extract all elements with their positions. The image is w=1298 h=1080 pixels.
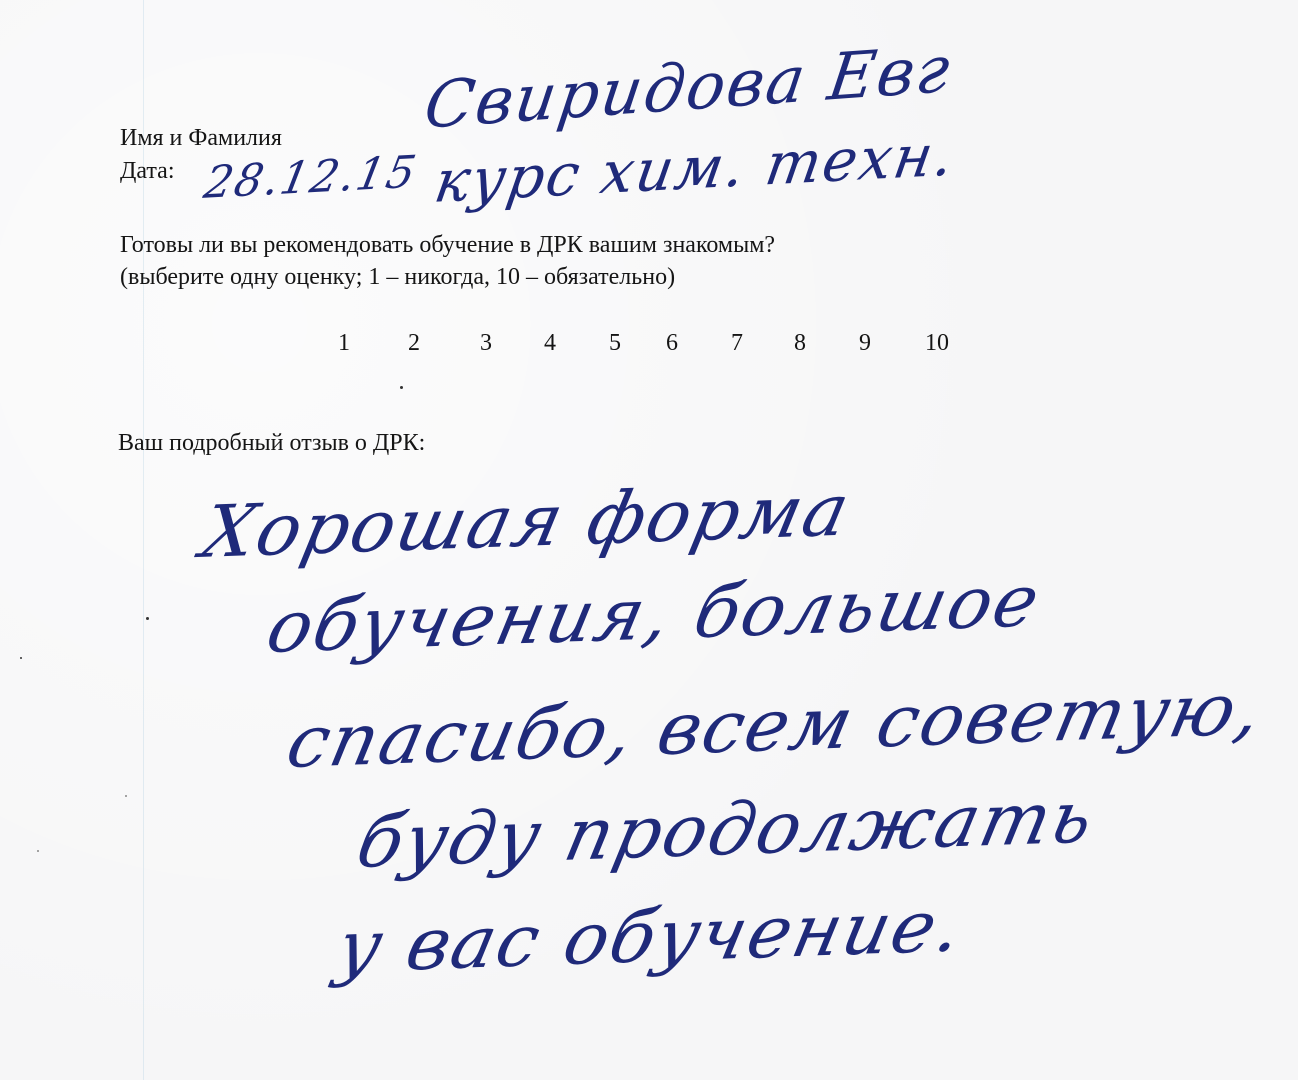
recommend-question: Готовы ли вы рекомендовать обучение в ДР… xyxy=(120,230,775,260)
date-label: Дата: xyxy=(120,156,175,186)
feedback-line: у вас обучение. xyxy=(330,883,971,989)
rating-option-8[interactable]: 8 xyxy=(794,328,806,358)
rating-option-2[interactable]: 2 xyxy=(408,328,420,358)
rating-option-9[interactable]: 9 xyxy=(859,328,871,358)
rating-option-10[interactable]: 10 xyxy=(925,328,949,358)
handwritten-date: 28.12.15 xyxy=(200,146,422,209)
rating-option-4[interactable]: 4 xyxy=(544,328,556,358)
feedback-line: буду продолжать xyxy=(350,775,1103,884)
scan-speck xyxy=(125,795,127,797)
feedback-line: обучения, большое xyxy=(260,558,1048,669)
scan-speck xyxy=(400,386,403,389)
rating-scale: 12345678910 xyxy=(0,328,1298,362)
rating-option-5[interactable]: 5 xyxy=(609,328,621,358)
rating-option-1[interactable]: 1 xyxy=(338,328,350,358)
rating-option-6[interactable]: 6 xyxy=(666,328,678,358)
scan-speck xyxy=(20,657,22,659)
scan-speck xyxy=(146,617,149,620)
feedback-line: Хорошая форма xyxy=(195,468,858,574)
name-label: Имя и Фамилия xyxy=(120,123,282,153)
feedback-label: Ваш подробный отзыв о ДРК: xyxy=(118,428,425,458)
scanned-form-page: Имя и Фамилия Дата: Свиридова Евг курс х… xyxy=(0,0,1298,1080)
feedback-line: спасибо, всем советую, xyxy=(280,666,1271,784)
rating-option-7[interactable]: 7 xyxy=(731,328,743,358)
recommend-instructions: (выберите одну оценку; 1 – никогда, 10 –… xyxy=(120,262,675,292)
scan-speck xyxy=(37,850,39,852)
rating-option-3[interactable]: 3 xyxy=(480,328,492,358)
